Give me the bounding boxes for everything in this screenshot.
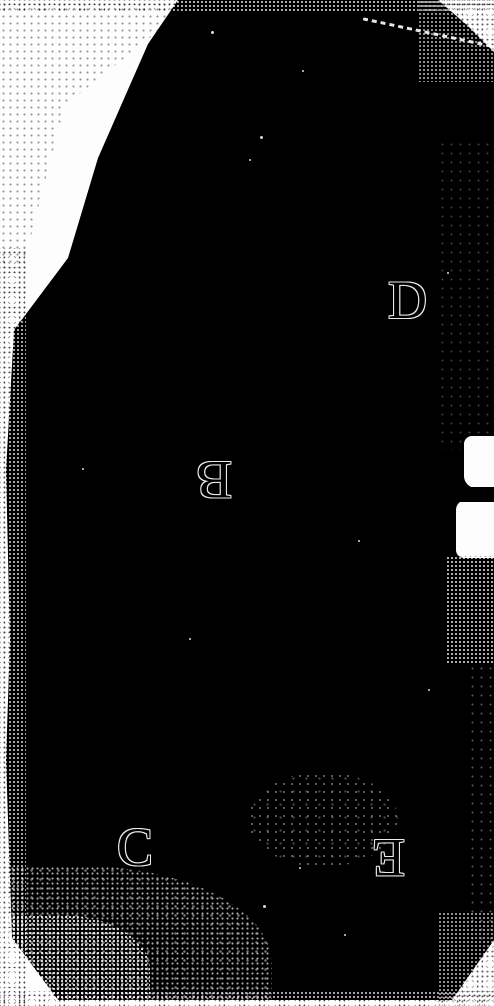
film-grain-right-lower bbox=[468, 664, 494, 940]
film-speck bbox=[82, 468, 84, 470]
film-speck bbox=[189, 638, 191, 640]
film-speck bbox=[358, 540, 360, 542]
film-speck bbox=[447, 272, 449, 274]
dither-right-edge-mid bbox=[446, 556, 494, 664]
film-speck bbox=[211, 31, 214, 34]
film-speck bbox=[302, 70, 304, 72]
film-speck bbox=[249, 159, 251, 161]
film-speck bbox=[299, 867, 301, 869]
film-grain-right-upper bbox=[438, 140, 490, 450]
film-speck bbox=[260, 136, 263, 139]
label-letter-d: D bbox=[388, 273, 427, 327]
label-letter-b: B bbox=[196, 453, 232, 507]
right-edge-black-protrusion bbox=[452, 487, 494, 502]
dither-top-right-corner bbox=[418, 0, 494, 82]
label-letter-c: C bbox=[117, 820, 153, 874]
photo-black-area bbox=[0, 0, 494, 1006]
film-speck bbox=[263, 905, 266, 908]
film-speck bbox=[344, 934, 346, 936]
film-speck bbox=[428, 689, 430, 691]
scanned-figure-canvas: D B C E bbox=[0, 0, 494, 1006]
right-edge-white-notch-lower bbox=[456, 500, 494, 558]
label-letter-e: E bbox=[372, 831, 405, 885]
